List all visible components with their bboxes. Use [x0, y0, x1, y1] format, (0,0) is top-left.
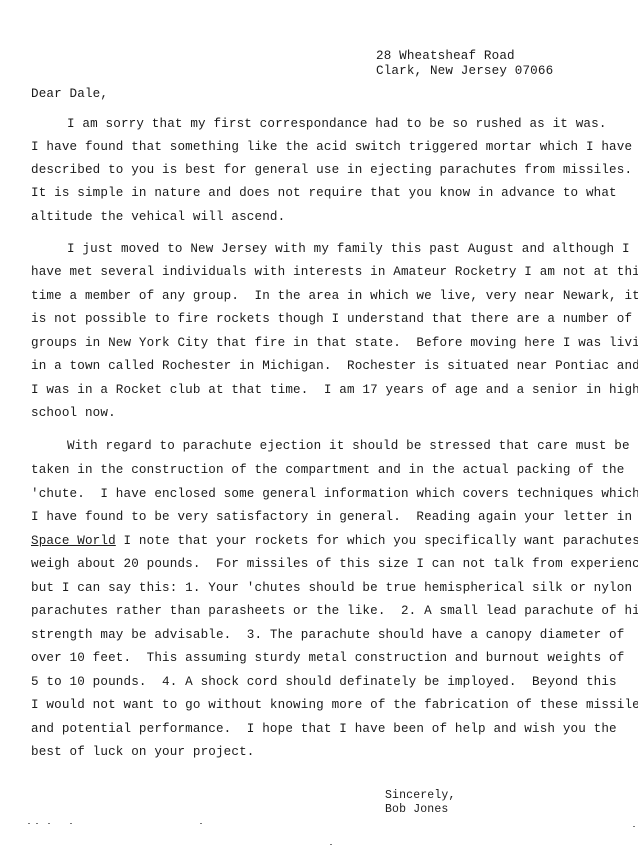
letter-line: I have found to be very satisfactory in …	[31, 510, 632, 524]
line-rest: I note that your rockets for which you s…	[116, 534, 638, 548]
letter-line: described to you is best for general use…	[31, 163, 632, 177]
letter-line: school now.	[31, 406, 116, 420]
letter-line: is not possible to fire rockets though I…	[31, 312, 632, 326]
letter-line: taken in the construction of the compart…	[31, 463, 624, 477]
letter-line: Space World I note that your rockets for…	[31, 534, 638, 548]
letter-line: 'chute. I have enclosed some general inf…	[31, 487, 638, 501]
letter-line: I would not want to go without knowing m…	[31, 698, 638, 712]
letter-line: over 10 feet. This assuming sturdy metal…	[31, 651, 624, 665]
letter-line: best of luck on your project.	[31, 745, 255, 759]
letter-line: weigh about 20 pounds. For missiles of t…	[31, 557, 638, 571]
letter-line: but I can say this: 1. Your 'chutes shou…	[31, 581, 632, 595]
letter-line: I just moved to New Jersey with my famil…	[67, 242, 630, 256]
salutation: Dear Dale,	[31, 87, 108, 101]
letter-page: 28 Wheatsheaf Road Clark, New Jersey 070…	[0, 0, 638, 864]
letter-line: time a member of any group. In the area …	[31, 289, 638, 303]
letter-line: altitude the vehical will ascend.	[31, 210, 285, 224]
letter-line: I was in a Rocket club at that time. I a…	[31, 383, 638, 397]
underlined-title: Space World	[31, 534, 116, 548]
letter-line: I am sorry that my first correspondance …	[67, 117, 607, 131]
letter-line: It is simple in nature and does not requ…	[31, 186, 617, 200]
closing: Sincerely,	[385, 789, 456, 803]
address-line-city: Clark, New Jersey 07066	[376, 64, 553, 78]
letter-line: parachutes rather than parasheets or the…	[31, 604, 638, 618]
letter-line: in a town called Rochester in Michigan. …	[31, 359, 638, 373]
letter-line: have met several individuals with intere…	[31, 265, 638, 279]
letter-line: I have found that something like the aci…	[31, 140, 632, 154]
address-line-street: 28 Wheatsheaf Road	[376, 49, 515, 63]
letter-line: and potential performance. I hope that I…	[31, 722, 617, 736]
letter-line: strength may be advisable. 3. The parach…	[31, 628, 624, 642]
letter-line: groups in New York City that fire in tha…	[31, 336, 638, 350]
letter-line: With regard to parachute ejection it sho…	[67, 439, 630, 453]
letter-line: 5 to 10 pounds. 4. A shock cord should d…	[31, 675, 617, 689]
signature: Bob Jones	[385, 803, 448, 817]
